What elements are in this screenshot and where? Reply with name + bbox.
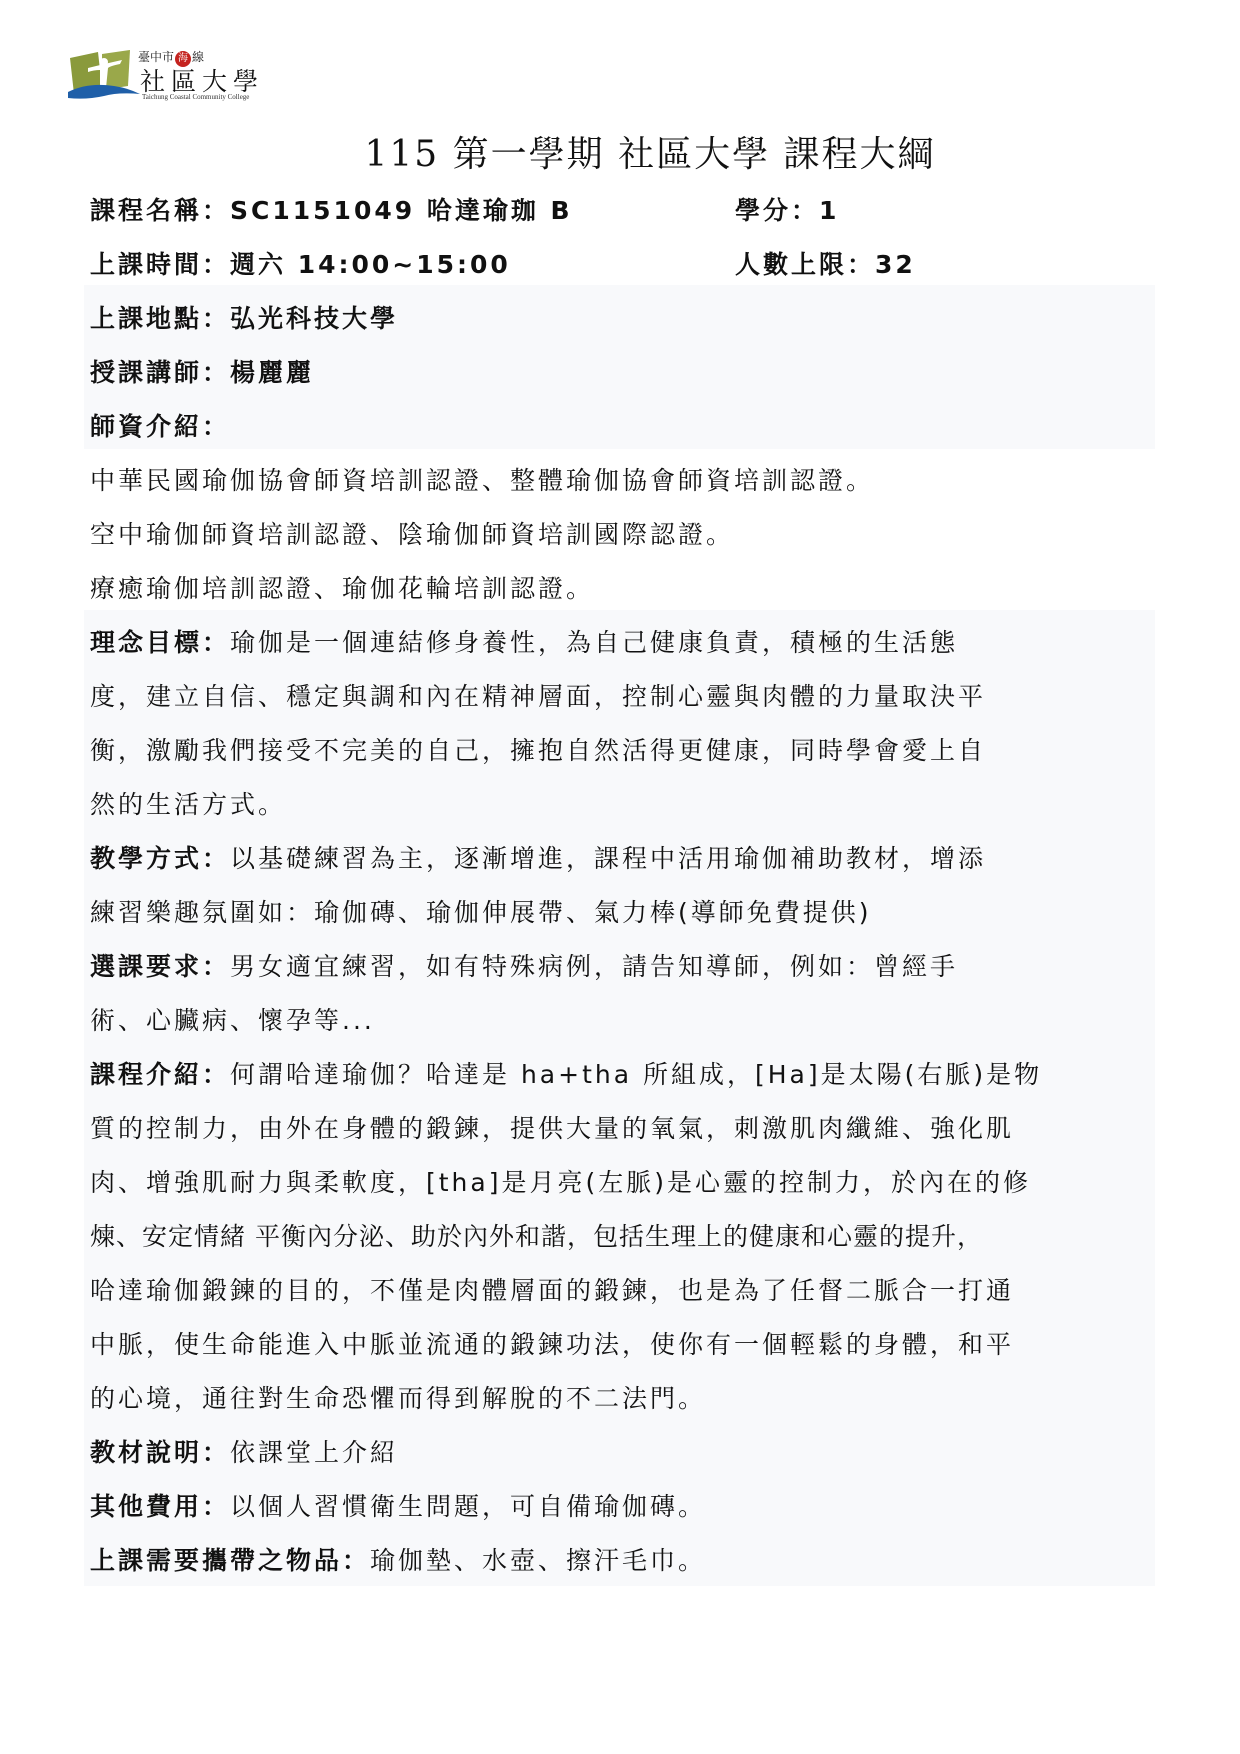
- introduction-line: 質的控制力，由外在身體的鍛鍊，提供大量的氧氣，刺激肌肉纖維、強化肌: [90, 1114, 1014, 1144]
- requirements-line: 選課要求：男女適宜練習，如有特殊病例，請告知導師，例如：曾經手: [90, 952, 958, 982]
- capacity-row: 人數上限：32: [735, 250, 916, 280]
- capacity-value: 32: [875, 250, 916, 279]
- other-fees-value: 以個人習慣衛生問題，可自備瑜伽磚。: [230, 1492, 706, 1521]
- philosophy-line: 衡，激勵我們接受不完美的自己，擁抱自然活得更健康，同時學會愛上自: [90, 736, 986, 766]
- other-fees-row: 其他費用：以個人習慣衛生問題，可自備瑜伽磚。: [90, 1492, 706, 1522]
- location-row: 上課地點：弘光科技大學: [90, 304, 398, 334]
- introduction-label: 課程介紹：: [90, 1060, 230, 1089]
- philosophy-label: 理念目標：: [90, 628, 230, 657]
- other-fees-label: 其他費用：: [90, 1492, 230, 1521]
- class-time-value: 週六 14:00~15:00: [230, 250, 511, 279]
- capacity-label: 人數上限：: [735, 250, 875, 279]
- introduction-line: 中脈，使生命能進入中脈並流通的鍛鍊功法，使你有一個輕鬆的身體，和平: [90, 1330, 1014, 1360]
- introduction-line: 哈達瑜伽鍛鍊的目的，不僅是肉體層面的鍛鍊，也是為了任督二脈合一打通: [90, 1276, 1014, 1306]
- requirements-line: 術、心臟病、懷孕等...: [90, 1006, 375, 1036]
- course-name-row: 課程名稱：SC1151049 哈達瑜珈 B: [90, 196, 573, 226]
- materials-label: 教材說明：: [90, 1438, 230, 1467]
- introduction-line: 肉、增強肌耐力與柔軟度，[tha]是月亮(左脈)是心靈的控制力，於內在的修: [90, 1168, 1031, 1198]
- teaching-method-text: 以基礎練習為主，逐漸增進，課程中活用瑜伽補助教材，增添: [230, 844, 986, 873]
- introduction-line: 課程介紹：何謂哈達瑜伽？哈達是 ha+tha 所組成，[Ha]是太陽(右脈)是物: [90, 1060, 1042, 1090]
- logo-english-text: Taichung Coastal Community College: [142, 93, 249, 101]
- bio-line: 空中瑜伽師資培訓認證、陰瑜伽師資培訓國際認證。: [90, 520, 734, 550]
- philosophy-line: 然的生活方式。: [90, 790, 286, 820]
- items-to-bring-value: 瑜伽墊、水壺、擦汗毛巾。: [370, 1546, 706, 1575]
- teaching-method-line: 練習樂趣氛圍如：瑜伽磚、瑜伽伸展帶、氣力棒(導師免費提供): [90, 898, 872, 928]
- bio-line: 療癒瑜伽培訓認證、瑜伽花輪培訓認證。: [90, 574, 594, 604]
- class-time-row: 上課時間：週六 14:00~15:00: [90, 250, 511, 280]
- teaching-method-line: 教學方式：以基礎練習為主，逐漸增進，課程中活用瑜伽補助教材，增添: [90, 844, 986, 874]
- items-to-bring-row: 上課需要攜帶之物品：瑜伽墊、水壺、擦汗毛巾。: [90, 1546, 706, 1576]
- philosophy-text: 瑜伽是一個連結修身養性，為自己健康負責，積極的生活態: [230, 628, 958, 657]
- requirements-text: 男女適宜練習，如有特殊病例，請告知導師，例如：曾經手: [230, 952, 958, 981]
- credits-row: 學分：1: [735, 196, 839, 226]
- instructor-bio-row: 師資介紹：: [90, 412, 230, 442]
- instructor-label: 授課講師：: [90, 358, 230, 387]
- philosophy-line: 度，建立自信、穩定與調和內在精神層面，控制心靈與肉體的力量取決平: [90, 682, 986, 712]
- instructor-row: 授課講師：楊麗麗: [90, 358, 314, 388]
- course-name-value: SC1151049 哈達瑜珈 B: [230, 196, 573, 225]
- instructor-bio-label: 師資介紹：: [90, 412, 230, 441]
- credits-value: 1: [819, 196, 839, 225]
- materials-value: 依課堂上介紹: [230, 1438, 398, 1467]
- introduction-line: 煉、安定情緒 平衡內分泌、助於內外和諧，包括生理上的健康和心靈的提升，: [90, 1222, 983, 1252]
- introduction-text: 何謂哈達瑜伽？哈達是 ha+tha 所組成，[Ha]是太陽(右脈)是物: [230, 1060, 1042, 1089]
- introduction-line: 的心境，通往對生命恐懼而得到解脫的不二法門。: [90, 1384, 706, 1414]
- page-title: 115 第一學期 社區大學 課程大綱: [0, 126, 1240, 177]
- open-book-person-icon: [68, 48, 140, 100]
- philosophy-line: 理念目標：瑜伽是一個連結修身養性，為自己健康負責，積極的生活態: [90, 628, 958, 658]
- materials-row: 教材說明：依課堂上介紹: [90, 1438, 398, 1468]
- credits-label: 學分：: [735, 196, 819, 225]
- bio-line: 中華民國瑜伽協會師資培訓認證、整體瑜伽協會師資培訓認證。: [90, 466, 874, 496]
- class-time-label: 上課時間：: [90, 250, 230, 279]
- location-label: 上課地點：: [90, 304, 230, 333]
- course-name-label: 課程名稱：: [90, 196, 230, 225]
- location-value: 弘光科技大學: [230, 304, 398, 333]
- items-to-bring-label: 上課需要攜帶之物品：: [90, 1546, 370, 1575]
- instructor-value: 楊麗麗: [230, 358, 314, 387]
- requirements-label: 選課要求：: [90, 952, 230, 981]
- college-logo: 臺中市海線 社區大學 Taichung Coastal Community Co…: [68, 44, 268, 106]
- teaching-method-label: 教學方式：: [90, 844, 230, 873]
